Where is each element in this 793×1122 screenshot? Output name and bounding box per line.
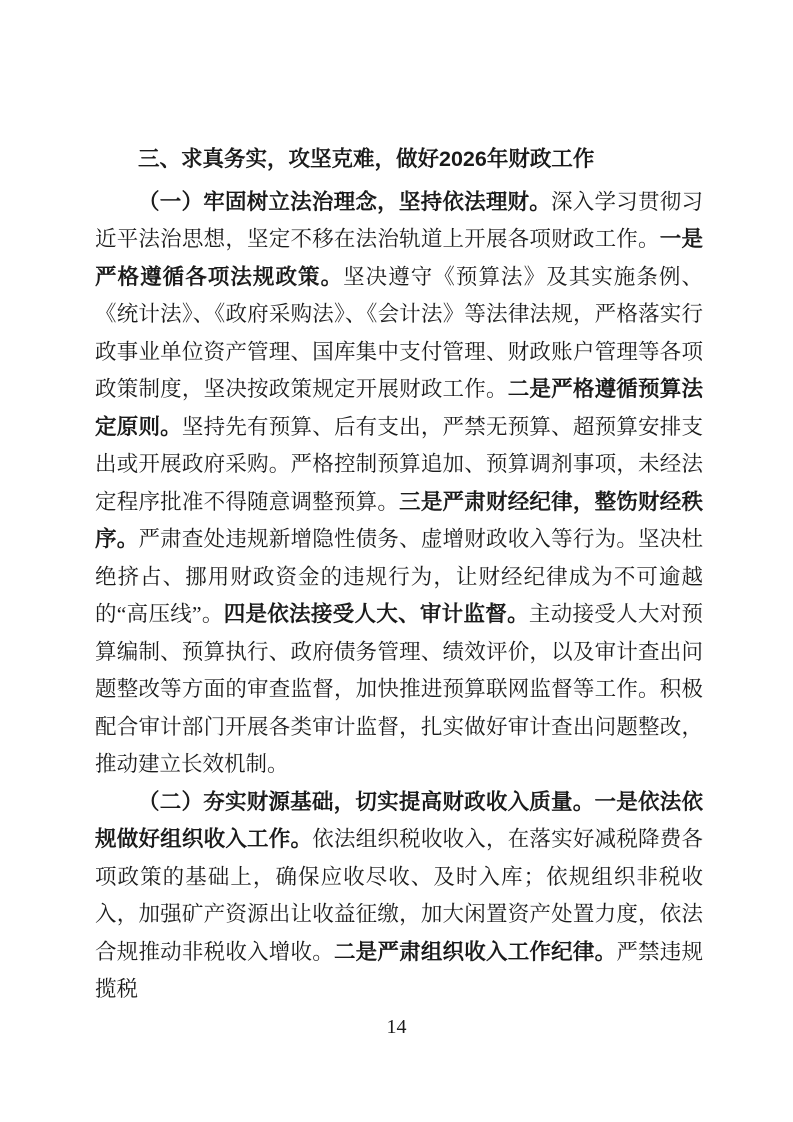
text-run: 主动接受人大对预算编制、预算执行、政府债务管理、绩效评价，以及审计查出问题整改等… xyxy=(95,602,703,776)
bold-run: （一）牢固树立法治理念，坚持依法理财。 xyxy=(138,190,551,214)
paragraph: （二）夯实财源基础，切实提高财政收入质量。一是依法依规做好组织收入工作。依法组织… xyxy=(95,784,703,1009)
page-number: 14 xyxy=(0,1014,793,1040)
paragraph: （一）牢固树立法治理念，坚持依法理财。深入学习贯彻习近平法治思想，坚定不移在法治… xyxy=(95,184,703,784)
document-page: 三、求真务实，攻坚克难，做好2026年财政工作 （一）牢固树立法治理念，坚持依法… xyxy=(0,0,793,1122)
bold-run: 二是严肃组织收入工作纪律。 xyxy=(334,940,616,964)
document-body: 三、求真务实，攻坚克难，做好2026年财政工作 （一）牢固树立法治理念，坚持依法… xyxy=(95,141,703,1009)
section-heading: 三、求真务实，攻坚克难，做好2026年财政工作 xyxy=(95,141,703,179)
bold-run: 四是依法接受人大、审计监督。 xyxy=(224,602,529,626)
